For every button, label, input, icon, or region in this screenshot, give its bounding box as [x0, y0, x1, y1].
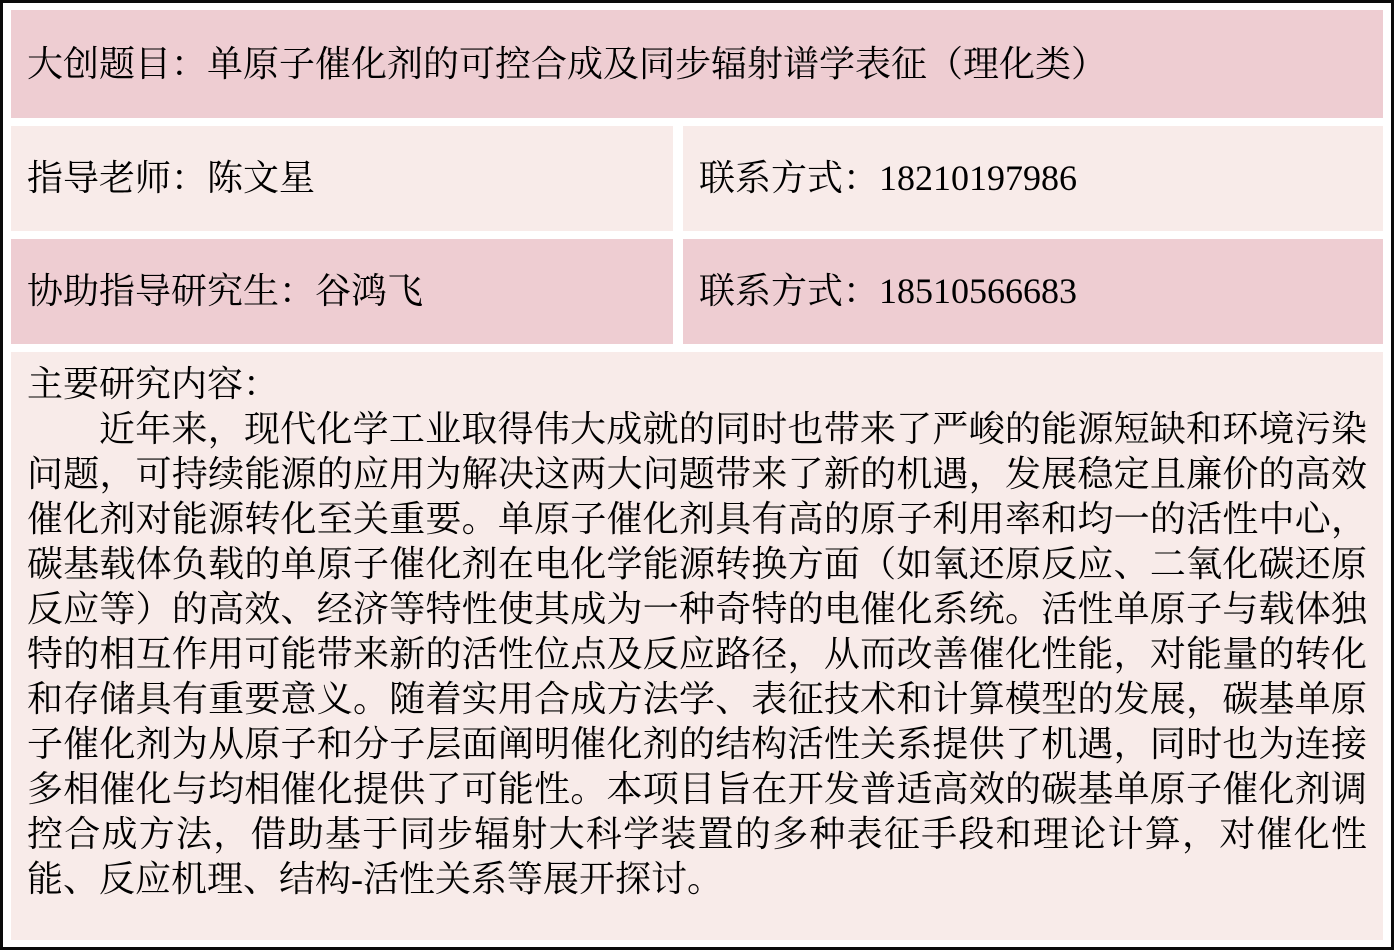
- research-content-row: 主要研究内容： 近年来，现代化学工业取得伟大成就的同时也带来了严峻的能源短缺和环…: [11, 352, 1383, 940]
- assistant-contact-cell: 联系方式：18510566683: [683, 239, 1383, 344]
- assistant-contact-label: 联系方式：: [699, 271, 879, 311]
- advisor-contact-cell: 联系方式：18210197986: [683, 126, 1383, 231]
- research-content-paragraph: 近年来，现代化学工业取得伟大成就的同时也带来了严峻的能源短缺和环境污染问题，可持…: [27, 407, 1367, 902]
- advisor-name-label: 指导老师：: [27, 158, 207, 198]
- assistant-contact-value: 18510566683: [879, 271, 1077, 311]
- project-info-table: 大创题目：单原子催化剂的可控合成及同步辐射谱学表征（理化类） 指导老师：陈文星 …: [0, 0, 1394, 950]
- advisor-row: 指导老师：陈文星 联系方式：18210197986: [11, 126, 1383, 231]
- project-title: 大创题目：单原子催化剂的可控合成及同步辐射谱学表征（理化类）: [27, 42, 1107, 87]
- assistant-contact: 联系方式：18510566683: [699, 269, 1077, 314]
- advisor-contact-label: 联系方式：: [699, 158, 879, 198]
- assistant-name-label: 协助指导研究生：: [27, 271, 315, 311]
- advisor-name-cell: 指导老师：陈文星: [11, 126, 673, 231]
- advisor-contact-value: 18210197986: [879, 158, 1077, 198]
- project-title-value: 单原子催化剂的可控合成及同步辐射谱学表征（理化类）: [207, 44, 1107, 84]
- title-row: 大创题目：单原子催化剂的可控合成及同步辐射谱学表征（理化类）: [11, 10, 1383, 118]
- assistant-name-cell: 协助指导研究生：谷鸿飞: [11, 239, 673, 344]
- advisor-name: 指导老师：陈文星: [27, 156, 315, 201]
- assistant-row: 协助指导研究生：谷鸿飞 联系方式：18510566683: [11, 239, 1383, 344]
- assistant-name-value: 谷鸿飞: [315, 271, 423, 311]
- advisor-contact: 联系方式：18210197986: [699, 156, 1077, 201]
- research-content-heading: 主要研究内容：: [27, 362, 1367, 407]
- advisor-name-value: 陈文星: [207, 158, 315, 198]
- assistant-name: 协助指导研究生：谷鸿飞: [27, 269, 423, 314]
- project-title-label: 大创题目：: [27, 44, 207, 84]
